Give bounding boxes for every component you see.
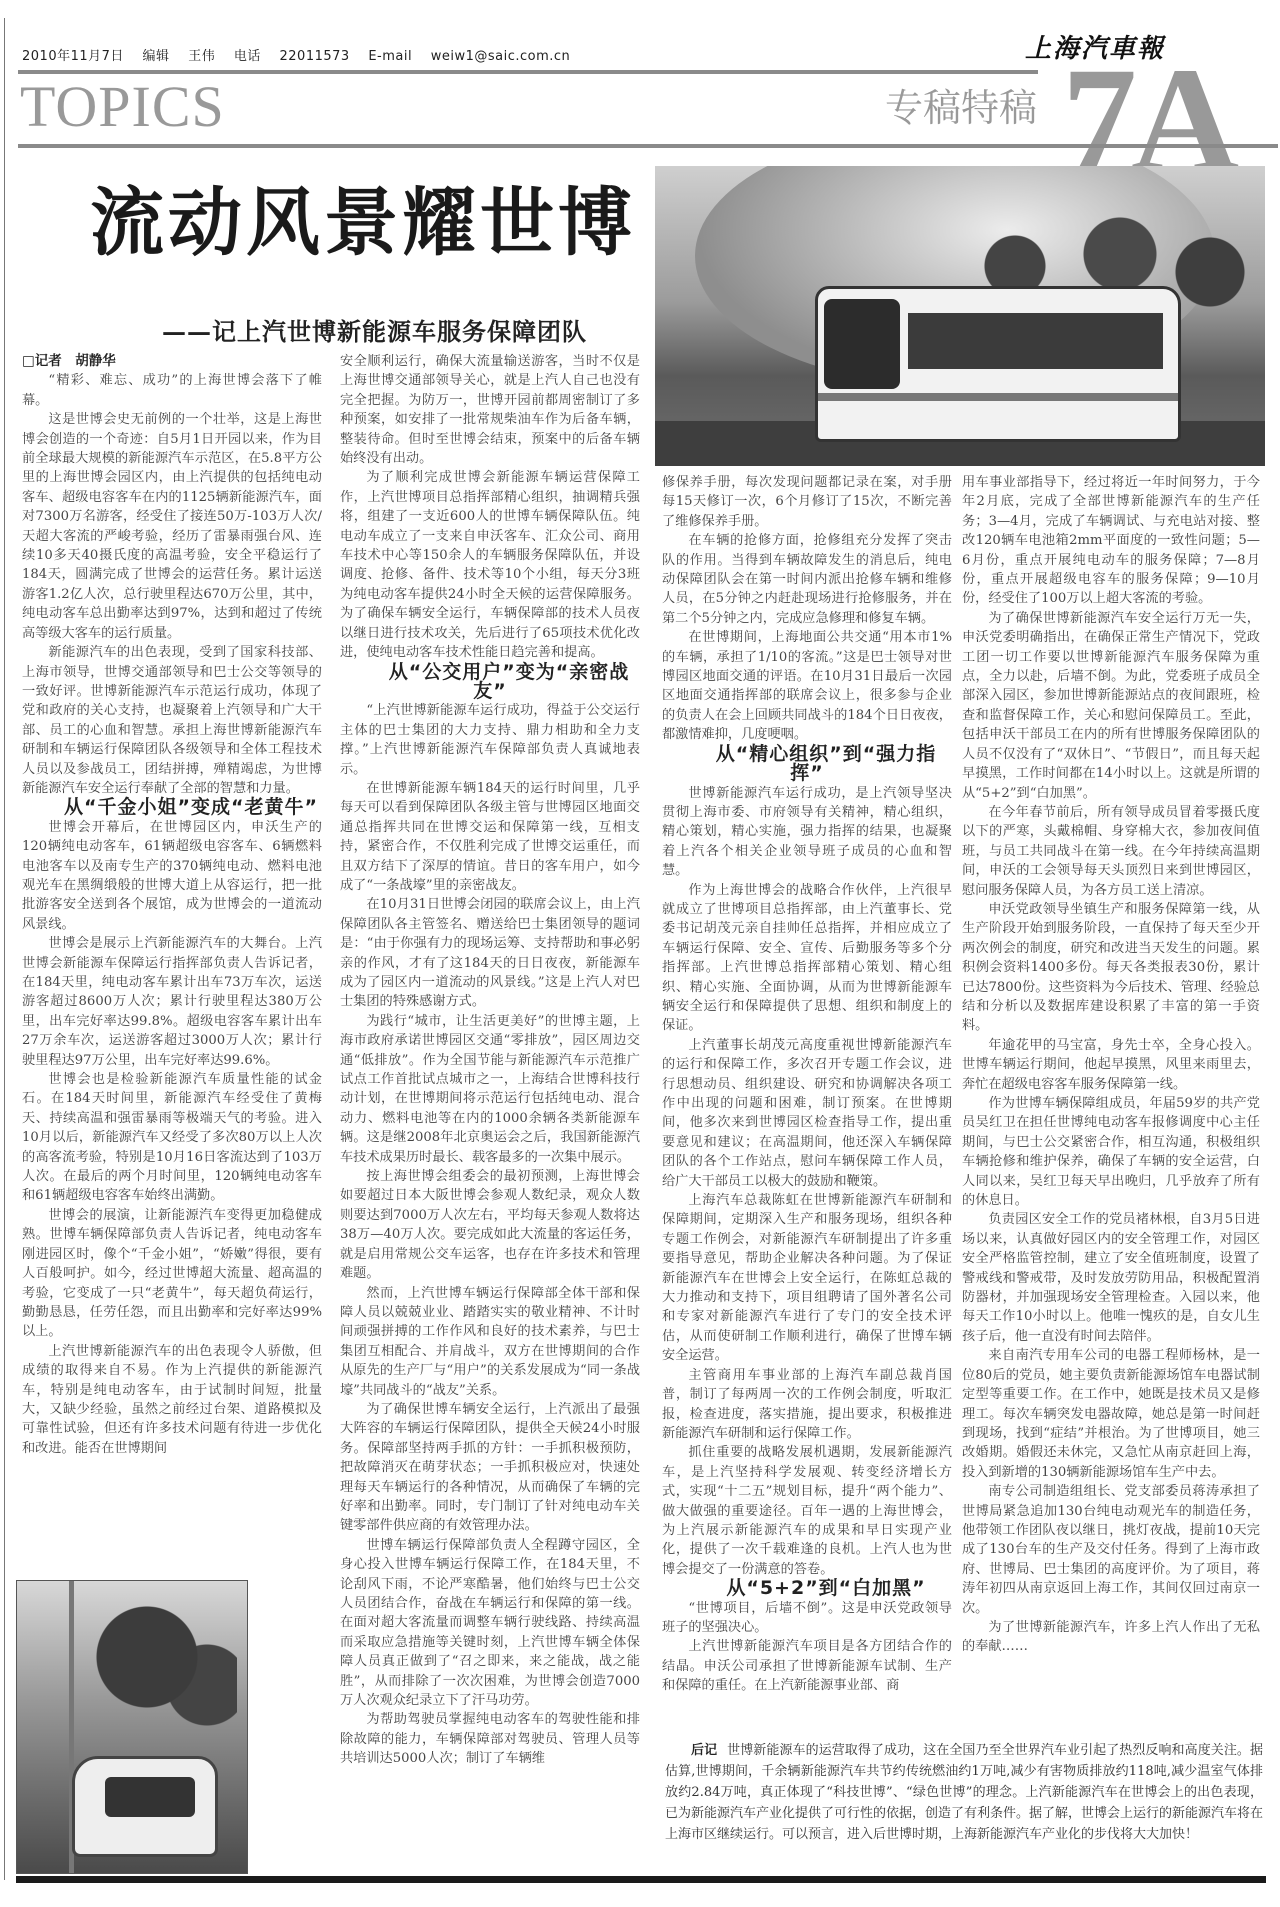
paragraph: 在今年春节前后，所有领导成员冒着零摄氏度以下的严寒，头戴棉帽、身穿棉大衣，参加夜… [962, 803, 1260, 900]
paragraph: 申沃党政领导坐镇生产和服务保障第一线，从生产阶段开始到服务阶段，一直保持了每天至… [962, 900, 1260, 1036]
page-header-info: 2010年11月7日 编辑 王伟 电话 22011573 E-mail weiw… [22, 45, 584, 64]
bus-icon [815, 286, 1181, 442]
paragraph: 安全顺利运行，确保大流量输送游客，当时不仅是上海世博交通部领导关心，就是上汽人自… [340, 352, 640, 468]
cart-seats [105, 1777, 195, 1817]
phone-number: 22011573 [280, 49, 350, 64]
paragraph: 为了确保世博新能源汽车安全运行万无一失，申沃党委明确指出，在确保正常生产情况下，… [962, 609, 1260, 803]
topics-label: TOPICS [20, 72, 225, 142]
paragraph: “世博项目，后墙不倒”。这是申沃党政领导班子的坚强决心。 [662, 1599, 952, 1638]
paragraph: 上汽董事长胡茂元高度重视世博新能源汽车的运行和保障工作，多次召开专题工作会议，进… [662, 1036, 952, 1191]
bus-windows [908, 313, 1163, 369]
editor-name: 王伟 [188, 49, 215, 64]
section-heading: 从“公交用户”变为“亲密战友” [340, 663, 640, 702]
article-column-1: □记者 胡静华 “精彩、难忘、成功”的上海世博会落下了帷幕。 这是世博会史无前例… [22, 352, 322, 1458]
section-rule [18, 144, 1278, 148]
electric-cart-icon [72, 1756, 218, 1857]
paragraph: 新能源汽车的出色表现，受到了国家科技部、上海市领导，世博交通部领导和巴士公交等领… [22, 643, 322, 798]
email-label: E-mail [368, 49, 412, 64]
paragraph: 为了确保世博车辆安全运行，上汽派出了最强大阵容的车辆运行保障团队，提供全天候24… [340, 1400, 640, 1536]
phone-label: 电话 [234, 49, 261, 64]
paragraph: 上汽世博新能源汽车的出色表现令人骄傲，但成绩的取得来自不易。作为上汽提供的新能源… [22, 1342, 322, 1458]
paragraph: 用车事业部指导下，经过将近一年时间努力，于今年2月底，完成了全部世博新能源汽车的… [962, 473, 1260, 609]
editor-label: 编辑 [143, 49, 170, 64]
paragraph: 世博车辆运行保障部负责人全程蹲守园区，全身心投入世博车辆运行保障工作，在184天… [340, 1536, 640, 1711]
expo-sightseeing-cart-photo [16, 1580, 248, 1874]
section-heading: 从“5+2”到“白加黑” [662, 1579, 952, 1598]
article-column-2: 安全顺利运行，确保大流量输送游客，当时不仅是上海世博交通部领导关心，就是上汽人自… [340, 352, 640, 1769]
section-name: 专稿特稿 [885, 78, 1037, 138]
postscript-text: 世博新能源车的运营取得了成功，这在全国乃至全世界汽车业引起了热烈反响和高度关注。… [665, 1743, 1263, 1842]
paragraph: 为帮助驾驶员掌握纯电动客车的驾驶性能和排除故障的能力，车辆保障部对驾驶员、管理人… [340, 1710, 640, 1768]
paragraph: 抓住重要的战略发展机遇期，发展新能源汽车，是上汽坚持科学发展观、转变经济增长方式… [662, 1443, 952, 1579]
paragraph: 主管商用车事业部的上海汽车副总裁肖国普，制订了每两周一次的工作例会制度，听取汇报… [662, 1366, 952, 1444]
paragraph: 这是世博会史无前例的一个壮举，这是上海世博会创造的一个奇迹：自5月1日开园以来，… [22, 410, 322, 643]
article-column-4: 用车事业部指导下，经过将近一年时间努力，于今年2月底，完成了全部世博新能源汽车的… [962, 473, 1260, 1657]
paragraph: 为了世博新能源汽车，许多上汽人作出了无私的奉献…… [962, 1618, 1260, 1657]
paragraph: 为践行“城市，让生活更美好”的世博主题，上海市政府承诺世博园区交通“零排放”，园… [340, 1012, 640, 1167]
paragraph: 按上海世博会组委会的最初预测，上海世博会如要超过日本大阪世博会参观人数纪录，观众… [340, 1167, 640, 1283]
paragraph: 为了顺利完成世博会新能源车辆运营保障工作，上汽世博项目总指挥部精心组织，抽调精兵… [340, 468, 640, 662]
article-subheadline: ——记上汽世博新能源车服务保障团队 [162, 312, 587, 347]
paragraph: 然而，上汽世博车辆运行保障部全体干部和保障人员以兢兢业业、踏踏实实的敬业精神、不… [340, 1284, 640, 1400]
postscript: 后记世博新能源车的运营取得了成功，这在全国乃至全世界汽车业引起了热烈反响和高度关… [665, 1740, 1263, 1845]
paragraph: 在世博新能源车辆184天的运行时间里，几乎每天可以看到保障团队各级主管与世博园区… [340, 779, 640, 895]
section-heading: 从“千金小姐”变成“老黄牛” [22, 798, 322, 817]
paragraph: 世博会的展演，让新能源汽车变得更加稳健成熟。世博车辆保障部负责人告诉记者，纯电动… [22, 1206, 322, 1342]
paragraph: 修保养手册，每次发现问题都记录在案，对手册每15天修订一次，6个月修订了15次，… [662, 473, 952, 531]
bus-windshield [824, 299, 900, 389]
expo-bus-photo [655, 166, 1265, 466]
paragraph: 上海汽车总裁陈虹在世博新能源汽车研制和保障期间，定期深入生产和服务现场，组织各种… [662, 1191, 952, 1366]
paragraph: 世博新能源汽车运行成功，是上汽领导坚决贯彻上海市委、市府领导有关精神，精心组织，… [662, 784, 952, 881]
paragraph: “上汽世博新能源车运行成功，得益于公交运行主体的巴士集团的大力支持、鼎力相助和全… [340, 701, 640, 779]
section-heading: 从“精心组织”到“强力指挥” [662, 745, 952, 784]
paragraph: 负责园区安全工作的党员褚林根，自3月5日进场以来，认真做好园区内的安全管理工作，… [962, 1210, 1260, 1346]
article-headline: 流动风景耀世博 [90, 178, 636, 268]
paragraph: 来自南汽专用车公司的电器工程师杨林，是一位80后的党员，她主要负责新能源场馆车电… [962, 1346, 1260, 1482]
bus-stripe [818, 393, 1178, 401]
paragraph: 世博会开幕后，在世博园区内，申沃生产的120辆纯电动客车，61辆超级电容客车、6… [22, 818, 322, 934]
paragraph: 在10月31日世博会闭园的联席会议上，由上汽保障团队各主管签名、赠送给巴士集团领… [340, 895, 640, 1011]
paragraph: 南专公司制造组组长、党支部委员蒋涛承担了世博局紧急追加130台纯电动观光车的制造… [962, 1482, 1260, 1618]
paragraph: 世博会也是检验新能源汽车质量性能的试金石。在184天时间里，新能源汽车经受住了黄… [22, 1070, 322, 1206]
paragraph: “精彩、难忘、成功”的上海世博会落下了帷幕。 [22, 371, 322, 410]
article-column-3: 修保养手册，每次发现问题都记录在案，对手册每15天修订一次，6个月修订了15次，… [662, 473, 952, 1696]
paragraph: 世博会是展示上汽新能源汽车的大舞台。上汽世博会新能源车保障运行指挥部负责人告诉记… [22, 934, 322, 1070]
email-address: weiw1@saic.com.cn [431, 49, 571, 64]
issue-date: 2010年11月7日 [22, 49, 124, 64]
tree-shape [87, 1601, 237, 1741]
paragraph: 年逾花甲的马宝富，身先士卒，全身心投入。世博车辆运行期间，他起早摸黑，风里来雨里… [962, 1036, 1260, 1094]
footer-rule [16, 1876, 1266, 1883]
paragraph: 上汽世博新能源汽车项目是各方团结合作的结晶。申沃公司承担了世博新能源车试制、生产… [662, 1637, 952, 1695]
paragraph: 在世博期间，上海地面公共交通“用本市1%的车辆，承担了1/10的客流。”这是巴士… [662, 628, 952, 744]
paragraph: 作为世博车辆保障组成员，年届59岁的共产党员吴红卫在担任世博纯电动客车报修调度中… [962, 1094, 1260, 1210]
paragraph: 在车辆的抢修方面，抢修组充分发挥了突击队的作用。当得到车辆故障发生的消息后，纯电… [662, 531, 952, 628]
page-border [4, 18, 5, 1880]
paragraph: 作为上海世博会的战略合作伙伴，上汽很早就成立了世博项目总指挥部，由上汽董事长、党… [662, 881, 952, 1036]
postscript-label: 后记 [665, 1743, 717, 1758]
byline: □记者 胡静华 [22, 352, 322, 371]
